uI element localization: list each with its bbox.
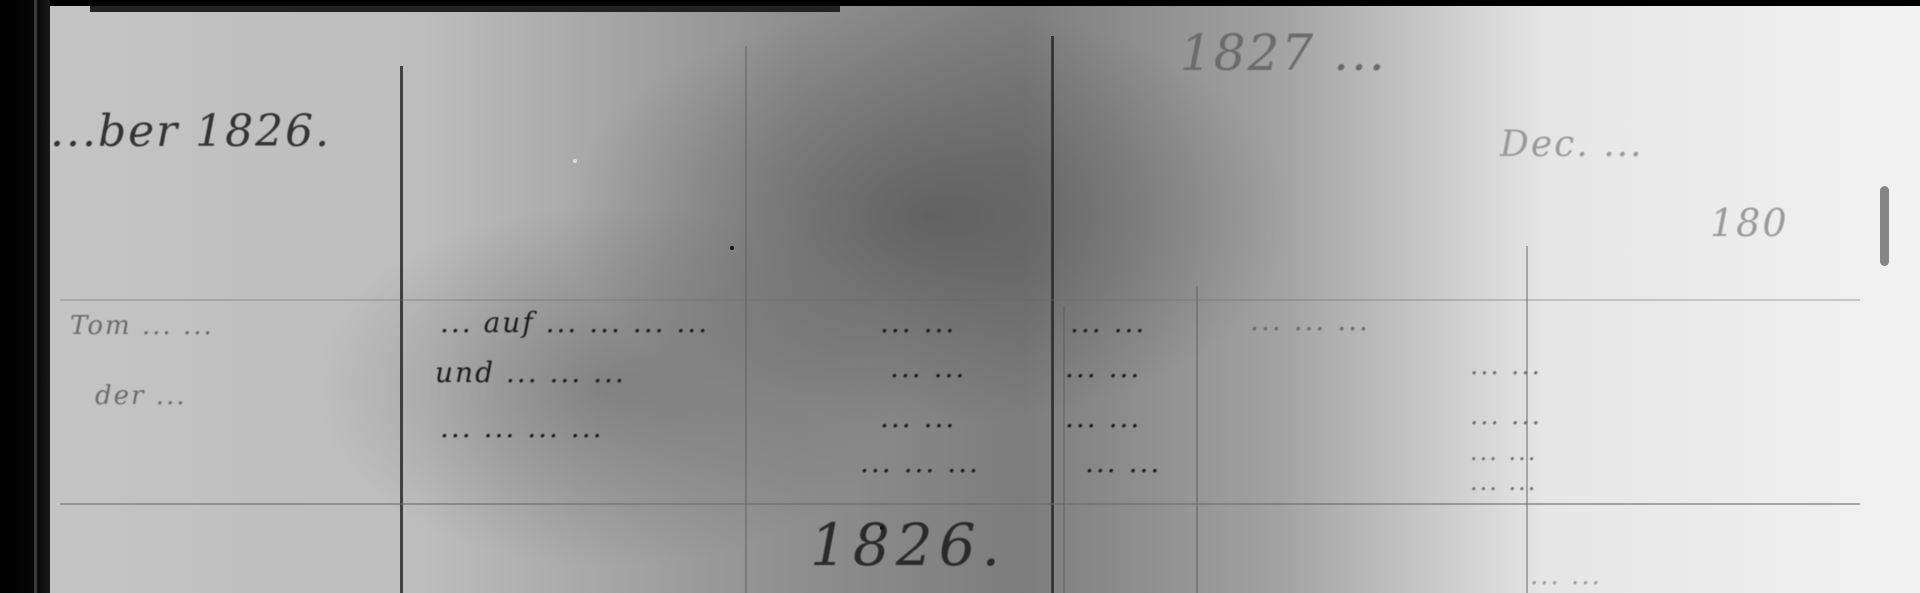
entry-col4-line3: ... ... — [1065, 401, 1141, 434]
column-rule-4 — [1051, 36, 1054, 593]
row-rule-top — [60, 299, 1860, 301]
entry-col4-line1: ... ... — [1070, 306, 1146, 339]
year-numeral: 1826. — [810, 511, 1006, 579]
film-speck — [880, 526, 884, 530]
entry-col3-line1: ... ... — [880, 306, 956, 339]
column-rule-3 — [1063, 306, 1065, 593]
header-right-line2: Dec. ... — [1500, 124, 1644, 165]
film-border — [0, 0, 50, 593]
entry-col4-line4: ... ... — [1085, 446, 1161, 479]
entry-col2-line1: ... auf ... ... ... ... — [440, 306, 709, 339]
entry-col3-line4: ... ... ... — [860, 446, 980, 479]
film-edge-line — [34, 0, 37, 593]
film-speck — [730, 246, 734, 250]
page-number: 180 — [1710, 201, 1789, 245]
margin-mark — [1880, 186, 1889, 266]
entry-col1-line2: der ... — [95, 381, 187, 411]
header-right-line1: 1827 ... — [1180, 24, 1387, 82]
entry-col5-line4: ... ... — [1470, 438, 1537, 466]
entry-col2-line2: und ... ... ... — [435, 356, 626, 389]
row-rule-bottom — [60, 503, 1860, 505]
bottom-fragment: ... ... — [1530, 561, 1602, 591]
entry-col5-line5: ... ... — [1470, 468, 1537, 496]
entry-col4-line2: ... ... — [1065, 351, 1141, 384]
entry-col5-line2: ... ... — [1470, 351, 1542, 381]
column-rule-5 — [1196, 286, 1198, 593]
entry-col5-line1: ... ... ... — [1250, 304, 1370, 337]
entry-col1-line1: Tom ... ... — [70, 311, 214, 341]
header-date-left: ...ber 1826. — [50, 106, 331, 157]
entry-col2-line3: ... ... ... ... — [440, 411, 604, 444]
entry-col3-line2: ... ... — [890, 351, 966, 384]
film-speck — [573, 159, 577, 163]
column-rule-2 — [745, 46, 747, 593]
entry-col3-line3: ... ... — [880, 401, 956, 434]
entry-col5-line3: ... ... — [1470, 401, 1542, 431]
top-film-strip — [90, 6, 840, 12]
column-rule-1 — [400, 66, 403, 593]
document-page: ...ber 1826. 1827 ... Dec. ... 180 Tom .… — [50, 6, 1920, 593]
